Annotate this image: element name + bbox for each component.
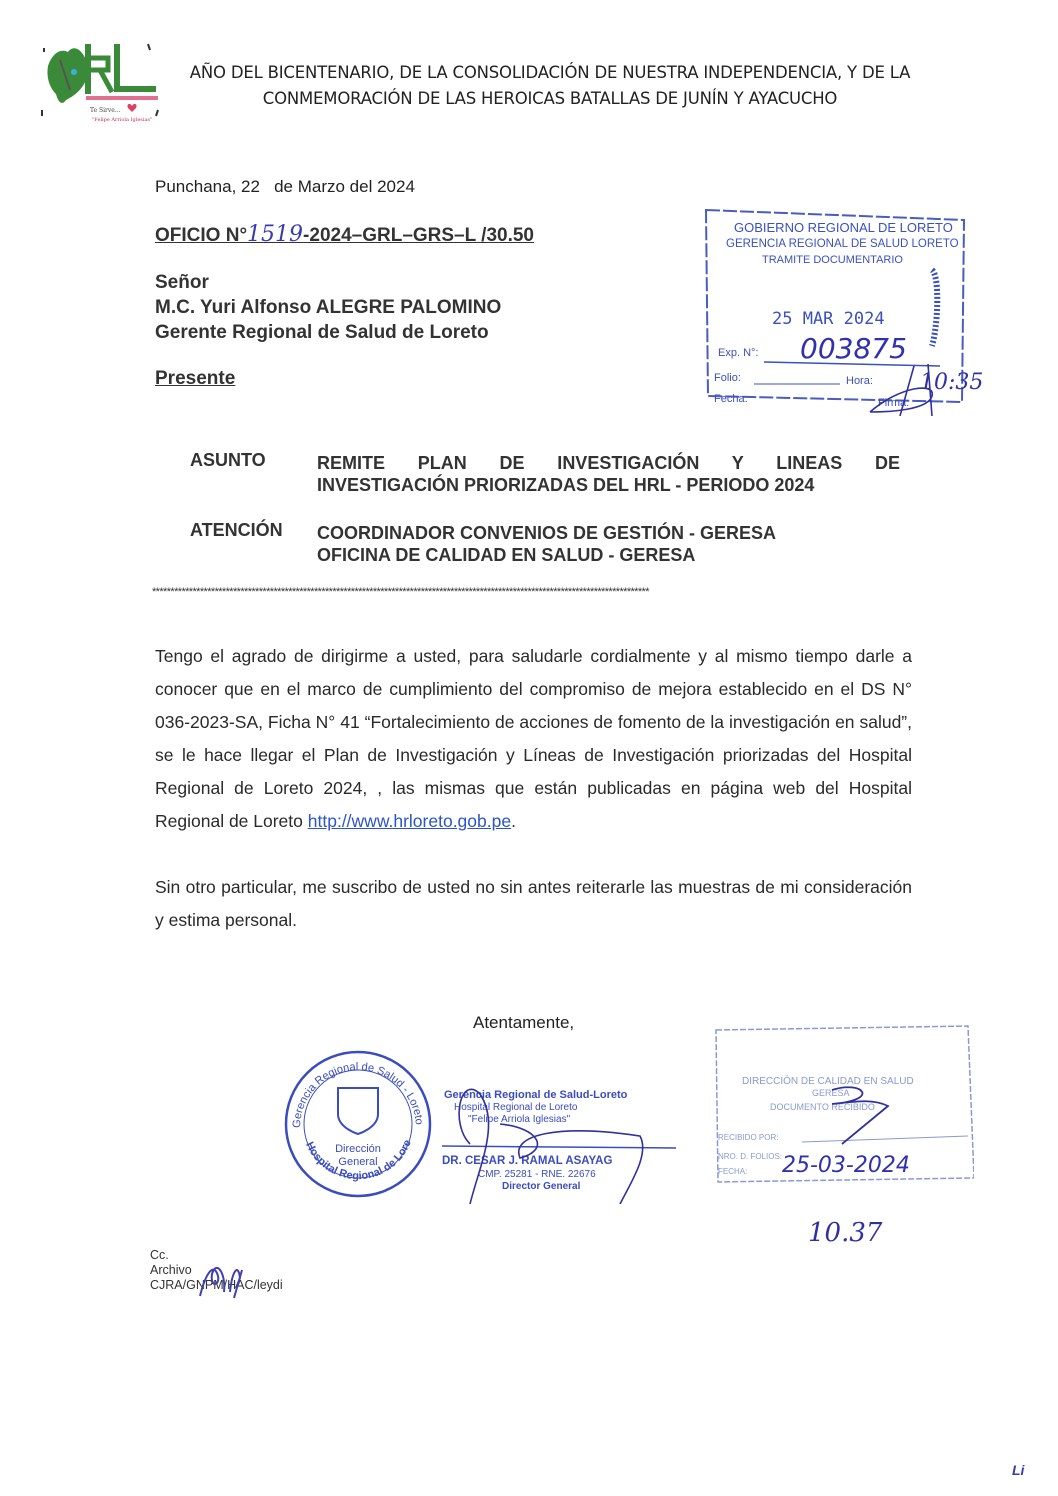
hospital-logo: Te Sirve... "Felipe Arriola Iglesias"	[38, 30, 163, 126]
year-motto-line-1: AÑO DEL BICENTENARIO, DE LA CONSOLIDACIÓ…	[180, 60, 920, 86]
direction-seal: Gerencia Regional de Salud - Loreto Hosp…	[282, 1048, 434, 1200]
svg-text:GERENCIA REGIONAL DE SALUD LOR: GERENCIA REGIONAL DE SALUD LORETO	[726, 238, 959, 250]
body-paragraph-2: Sin otro particular, me suscribo de uste…	[155, 871, 912, 937]
svg-text:Hospital Regional de Loreto: Hospital Regional de Loreto	[454, 1102, 578, 1113]
presente: Presente	[155, 368, 235, 390]
recipient-position: Gerente Regional de Salud de Loreto	[155, 320, 501, 345]
svg-text:RECIBIDO POR:: RECIBIDO POR:	[718, 1133, 778, 1142]
atencion-label: ATENCIÓN	[190, 520, 283, 541]
calidad-reception-stamp: DIRECCIÓN DE CALIDAD EN SALUD GERESA DOC…	[712, 1024, 974, 1204]
svg-text:Director General: Director General	[502, 1181, 581, 1192]
svg-text:Dirección: Dirección	[335, 1143, 381, 1155]
svg-text:NRO. D. FOLIOS:: NRO. D. FOLIOS:	[718, 1152, 782, 1161]
body-paragraph-1-end: .	[511, 811, 516, 831]
oficio-suffix: -2024–GRL–GRS–L /30.50	[303, 225, 534, 246]
svg-text:Te Sirve...: Te Sirve...	[90, 107, 121, 114]
page-mark: Li	[1012, 1462, 1024, 1478]
svg-text:TRAMITE DOCUMENTARIO: TRAMITE DOCUMENTARIO	[762, 254, 903, 266]
svg-text:General: General	[338, 1156, 377, 1168]
handwritten-time: 10.37	[808, 1218, 882, 1248]
svg-text:Folio:: Folio:	[714, 372, 741, 384]
svg-text:CMP. 25281 - RNE. 22676: CMP. 25281 - RNE. 22676	[478, 1169, 596, 1180]
year-motto: AÑO DEL BICENTENARIO, DE LA CONSOLIDACIÓ…	[180, 60, 920, 112]
svg-text:FECHA:: FECHA:	[718, 1167, 747, 1176]
asunto-line-2: INVESTIGACIÓN PRIORIZADAS DEL HRL - PERI…	[317, 474, 900, 496]
svg-text:25 MAR 2024: 25 MAR 2024	[772, 309, 885, 329]
asunto-value: REMITE PLAN DE INVESTIGACIÓN Y LINEAS DE…	[317, 452, 900, 496]
asunto-label: ASUNTO	[190, 450, 266, 471]
year-motto-line-2: CONMEMORACIÓN DE LAS HEROICAS BATALLAS D…	[180, 86, 920, 112]
website-link[interactable]: http://www.hrloreto.gob.pe	[308, 811, 511, 831]
recipient-name: M.C. Yuri Alfonso ALEGRE PALOMINO	[155, 295, 501, 320]
atencion-value: COORDINADOR CONVENIOS DE GESTIÓN - GERES…	[317, 522, 900, 566]
svg-text:003875: 003875	[800, 332, 907, 365]
svg-text:DR. CESAR J. RAMAL ASAYAG: DR. CESAR J. RAMAL ASAYAG	[442, 1155, 612, 1167]
svg-text:DOCUMENTO RECIBIDO: DOCUMENTO RECIBIDO	[770, 1102, 875, 1112]
svg-text:Exp. N°:: Exp. N°:	[718, 347, 758, 359]
closing: Atentamente,	[473, 1013, 574, 1033]
body-paragraph-1-text: Tengo el agrado de dirigirme a usted, pa…	[155, 646, 912, 831]
svg-text:Fecha:: Fecha:	[714, 393, 748, 405]
recipient-salutation: Señor	[155, 270, 501, 295]
svg-text:GERESA: GERESA	[812, 1088, 850, 1098]
body-paragraph-1: Tengo el agrado de dirigirme a usted, pa…	[155, 640, 912, 838]
recipient-block: Señor M.C. Yuri Alfonso ALEGRE PALOMINO …	[155, 270, 501, 345]
oficio-prefix: OFICIO N°	[155, 225, 247, 246]
atencion-line-2: OFICINA DE CALIDAD EN SALUD - GERESA	[317, 544, 900, 566]
handwritten-hour: 10:35	[920, 370, 983, 395]
svg-text:Hora:: Hora:	[846, 375, 873, 387]
svg-text:"Felipe Arriola Iglesias": "Felipe Arriola Iglesias"	[92, 117, 152, 123]
svg-text:25-03-2024: 25-03-2024	[782, 1153, 910, 1178]
atencion-line-1: COORDINADOR CONVENIOS DE GESTIÓN - GERES…	[317, 522, 900, 544]
svg-text:"Felipe Arriola Iglesias": "Felipe Arriola Iglesias"	[468, 1114, 571, 1125]
asunto-line-1: REMITE PLAN DE INVESTIGACIÓN Y LINEAS DE	[317, 452, 900, 474]
handwritten-oficio-number: 1519	[247, 222, 303, 247]
place-date: Punchana, 22 de Marzo del 2024	[155, 177, 415, 197]
svg-text:DIRECCIÓN DE CALIDAD EN SALUD: DIRECCIÓN DE CALIDAD EN SALUD	[742, 1074, 914, 1087]
director-stamp: Gerencia Regional de Salud-Loreto Hospit…	[440, 1084, 680, 1204]
oficio-number: OFICIO N°1519-2024–GRL–GRS–L /30.50	[155, 222, 534, 247]
svg-text:GOBIERNO REGIONAL DE LORETO: GOBIERNO REGIONAL DE LORETO	[734, 220, 953, 235]
svg-text:Gerencia Regional de Salud-Lor: Gerencia Regional de Salud-Loreto	[444, 1089, 628, 1101]
separator-line: ****************************************…	[152, 586, 912, 598]
initials-scribble	[196, 1252, 256, 1302]
